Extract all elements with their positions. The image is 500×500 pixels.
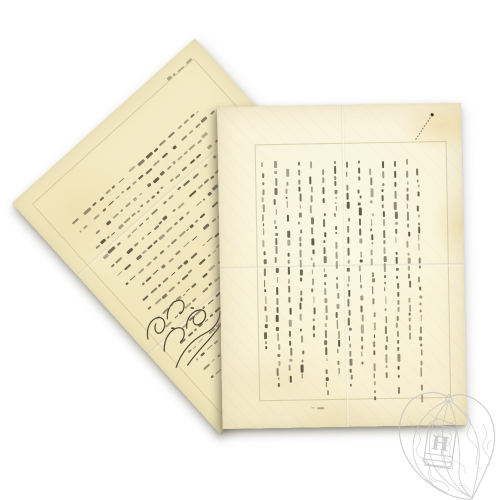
fold-crease: [220, 263, 464, 270]
typed-word: [325, 330, 327, 338]
typed-word: [132, 197, 137, 202]
typed-word: [262, 182, 264, 186]
typed-line: [358, 159, 365, 364]
typed-word: [118, 177, 125, 183]
typed-word: [201, 116, 208, 122]
typed-word: [95, 229, 100, 234]
typed-word: [317, 407, 324, 409]
typed-word: [338, 330, 340, 338]
typed-word: [177, 202, 184, 209]
typed-word: [278, 354, 280, 358]
typed-word: [177, 66, 184, 73]
typed-word: [263, 240, 265, 247]
typed-word: [337, 349, 339, 353]
typed-word: [190, 113, 195, 118]
annotation-script: [415, 116, 431, 139]
typed-word: [182, 166, 188, 171]
typed-word: [210, 375, 214, 379]
typed-word: [190, 159, 196, 164]
typed-word: [374, 390, 377, 394]
typed-word: [172, 160, 176, 164]
typed-word: [278, 361, 280, 366]
typed-word: [111, 185, 116, 189]
typed-word: [334, 161, 336, 164]
typed-word: [288, 259, 290, 264]
typed-word: [191, 235, 197, 241]
typed-word: [120, 209, 124, 213]
typed-word: [185, 211, 190, 215]
typed-word: [126, 186, 131, 191]
typed-word: [265, 324, 267, 328]
typed-word: [277, 277, 279, 283]
typed-word: [265, 346, 268, 349]
typed-word: [276, 268, 278, 273]
typed-word: [421, 349, 423, 356]
typed-word: [408, 266, 410, 271]
typed-word: [386, 345, 388, 350]
typed-word: [371, 258, 373, 265]
typed-word: [111, 231, 116, 236]
typed-word: [189, 190, 196, 197]
typed-word: [361, 314, 364, 321]
typed-word: [325, 305, 328, 313]
typed-word: [142, 295, 148, 301]
typed-word: [360, 274, 362, 282]
typed-word: [263, 223, 265, 226]
typed-word: [299, 194, 301, 202]
typed-word: [338, 340, 340, 346]
typed-word: [102, 208, 106, 212]
typed-word: [286, 189, 288, 193]
typed-word: [113, 213, 119, 219]
typed-word: [311, 288, 313, 292]
typed-word: [207, 254, 211, 258]
typed-word: [397, 347, 399, 351]
typed-word: [396, 323, 398, 328]
typed-word: [190, 224, 194, 228]
typed-word: [336, 320, 338, 328]
typed-word: [153, 269, 159, 275]
typed-word: [177, 187, 181, 191]
typed-word: [207, 144, 212, 149]
typed-word: [264, 280, 266, 286]
typed-word: [398, 387, 400, 394]
typed-word: [276, 233, 278, 237]
typed-word: [374, 341, 376, 347]
typed-word: [300, 229, 302, 234]
typed-word: [385, 316, 387, 323]
typed-word: [301, 336, 304, 343]
typed-word: [162, 277, 169, 284]
typed-word: [409, 305, 411, 311]
typed-word: [408, 313, 411, 316]
typed-word: [300, 250, 302, 258]
typed-word: [386, 336, 388, 342]
typed-word: [160, 186, 164, 190]
typed-word: [385, 372, 388, 378]
typed-line: [274, 161, 281, 389]
typed-word: [418, 222, 420, 225]
typed-word: [395, 229, 397, 233]
typed-word: [324, 213, 326, 216]
typed-word: [276, 315, 278, 322]
typed-word: [409, 333, 411, 339]
typed-word: [418, 235, 420, 241]
typed-word: [310, 196, 312, 202]
typed-word: [197, 139, 202, 144]
typed-word: [274, 199, 276, 205]
typed-word: [141, 236, 145, 240]
typed-word: [183, 260, 189, 265]
typed-word: [151, 195, 155, 199]
typed-word: [337, 361, 339, 365]
typed-word: [290, 348, 292, 356]
typed-word: [359, 265, 361, 271]
typed-word: [211, 201, 218, 208]
typed-word: [325, 298, 327, 302]
typed-word: [348, 276, 350, 282]
typed-word: [346, 184, 348, 190]
typed-word: [313, 297, 315, 303]
typed-word: [276, 326, 279, 331]
typed-word: [383, 219, 385, 226]
typed-word: [300, 328, 302, 331]
typed-word: [275, 209, 277, 215]
typed-word: [326, 377, 328, 381]
typed-word: [147, 183, 151, 187]
typed-word: [302, 350, 304, 355]
typed-word: [121, 190, 124, 193]
typed-word: [166, 226, 173, 233]
typed-word: [105, 189, 111, 194]
typed-line: [95, 132, 208, 235]
typed-word: [288, 253, 290, 257]
typed-word: [137, 159, 145, 166]
typed-word: [287, 215, 289, 221]
typed-word: [395, 237, 397, 244]
typed-word: [210, 175, 214, 179]
typed-word: [136, 255, 142, 261]
typed-word: [408, 257, 411, 263]
typed-word: [262, 215, 264, 222]
typed-word: [420, 309, 422, 312]
typed-word: [138, 268, 144, 274]
typed-word: [335, 242, 337, 249]
typed-word: [371, 249, 373, 256]
typed-word: [384, 263, 387, 271]
typed-word: [275, 226, 277, 229]
typed-word: [196, 110, 199, 113]
typed-word: [289, 365, 291, 371]
typed-word: [397, 283, 399, 289]
typed-word: [398, 366, 400, 371]
typed-word: [213, 155, 217, 159]
typed-word: [210, 110, 215, 115]
typed-word: [116, 242, 121, 246]
typed-word: [289, 341, 291, 346]
typed-word: [207, 192, 211, 196]
typed-word: [264, 306, 266, 311]
typed-word: [287, 169, 289, 177]
typed-word: [311, 227, 313, 234]
typed-word: [146, 276, 152, 282]
typed-word: [117, 224, 123, 230]
typed-word: [147, 231, 152, 236]
typed-word: [264, 268, 266, 276]
typed-word: [175, 250, 181, 256]
typed-word: [398, 340, 400, 343]
typed-word: [132, 180, 137, 185]
typed-word: [298, 161, 300, 166]
typed-word: [419, 258, 421, 264]
typed-word: [142, 282, 146, 286]
typed-word: [290, 359, 292, 362]
typed-word: [265, 315, 267, 323]
typed-word: [348, 310, 350, 316]
typed-word: [407, 241, 409, 248]
typed-word: [142, 249, 147, 254]
typed-word: [322, 170, 324, 176]
typed-word: [145, 152, 153, 159]
typed-word: [396, 252, 398, 255]
typed-word: [198, 258, 206, 265]
typed-word: [173, 208, 176, 211]
typed-word: [408, 232, 410, 236]
typed-word: [126, 248, 133, 254]
typed-word: [300, 303, 302, 310]
typed-word: [382, 171, 384, 178]
typed-word: [372, 278, 374, 282]
typed-word: [203, 224, 209, 230]
typed-word: [323, 198, 325, 203]
typed-word: [204, 164, 208, 168]
typed-word: [323, 248, 325, 254]
typed-word: [382, 189, 384, 192]
typed-word: [278, 344, 280, 350]
typed-word: [395, 182, 397, 186]
typed-word: [384, 282, 386, 285]
typed-word: [288, 267, 290, 275]
typed-word: [261, 162, 263, 167]
typed-word: [196, 200, 202, 206]
typed-word: [406, 204, 408, 209]
typed-word: [84, 208, 91, 215]
typed-word: [335, 190, 337, 193]
typed-word: [408, 318, 410, 322]
typed-word: [212, 249, 216, 253]
typed-word: [158, 234, 165, 241]
typed-word: [288, 297, 290, 303]
typed-word: [417, 206, 419, 212]
typed-word: [385, 326, 387, 333]
typed-word: [159, 171, 164, 176]
typed-word: [358, 168, 361, 174]
front-letter-sheet: [217, 103, 467, 429]
typed-word: [186, 228, 189, 231]
typed-word: [300, 291, 302, 296]
typed-word: [371, 213, 374, 216]
crate-box: [423, 424, 456, 468]
typed-word: [107, 236, 111, 239]
typed-word: [359, 218, 361, 225]
typed-word: [385, 354, 387, 362]
typed-word: [371, 272, 373, 277]
typed-word: [300, 314, 302, 321]
typed-word: [371, 242, 374, 245]
typed-word: [394, 161, 396, 167]
typed-word: [310, 161, 313, 168]
typed-word: [313, 326, 315, 331]
typed-word: [396, 276, 398, 279]
typed-word: [373, 298, 375, 305]
typed-word: [346, 192, 348, 199]
typed-word: [207, 237, 213, 242]
typed-word: [384, 287, 386, 291]
typed-word: [408, 274, 411, 278]
typed-word: [360, 260, 362, 263]
typed-word: [153, 239, 158, 244]
typed-word: [348, 218, 350, 222]
typed-word: [111, 263, 116, 267]
typed-word: [350, 375, 352, 380]
typed-word: [421, 384, 423, 390]
typed-word: [208, 282, 212, 286]
typed-word: [324, 288, 326, 294]
typed-word: [148, 306, 152, 310]
typed-word: [337, 293, 339, 299]
typed-word: [115, 257, 122, 264]
typed-word: [277, 333, 280, 341]
typed-word: [408, 298, 410, 303]
typed-word: [347, 225, 349, 232]
typed-word: [289, 330, 292, 337]
typed-word: [197, 184, 203, 190]
crate-slats: [423, 453, 452, 469]
typed-line: [286, 169, 293, 387]
typed-word: [324, 256, 326, 263]
typed-word: [348, 299, 350, 307]
typed-word: [418, 244, 420, 251]
typed-word: [190, 252, 197, 259]
typed-word: [322, 178, 325, 183]
typed-word: [138, 175, 144, 180]
typed-word: [334, 166, 336, 174]
typed-word: [372, 286, 374, 294]
typed-word: [278, 383, 280, 387]
typed-word: [289, 307, 291, 315]
typed-word: [106, 220, 111, 225]
typed-word: [325, 369, 327, 374]
pencil-annotation: [413, 111, 438, 143]
typed-word: [336, 232, 338, 235]
typed-word: [178, 231, 185, 238]
typed-word: [373, 350, 375, 355]
typed-word: [146, 199, 150, 203]
typed-word: [371, 220, 373, 226]
typed-word: [325, 383, 327, 387]
typed-word: [371, 234, 373, 240]
typed-word: [79, 230, 82, 233]
typed-word: [188, 129, 194, 134]
typed-word: [177, 155, 183, 160]
typed-word: [384, 275, 386, 279]
typed-word: [274, 220, 276, 224]
typed-word: [336, 261, 338, 269]
typed-word: [184, 119, 190, 124]
typed-word: [311, 187, 313, 193]
typed-word: [397, 300, 399, 306]
typed-word: [361, 345, 363, 349]
typed-word: [324, 282, 326, 286]
typed-word: [394, 171, 396, 178]
typed-word: [95, 245, 100, 250]
typed-word: [312, 238, 315, 245]
typed-line: [406, 159, 412, 340]
typed-word: [324, 274, 326, 277]
typed-word: [170, 271, 176, 276]
typed-word: [374, 396, 376, 400]
typed-word: [288, 279, 290, 283]
typed-word: [312, 318, 314, 321]
typed-word: [420, 343, 422, 346]
typed-word: [311, 269, 313, 275]
typed-word: [301, 374, 303, 378]
typed-word: [374, 381, 376, 385]
typed-word: [124, 217, 131, 223]
typed-line: [71, 110, 199, 226]
typed-word: [398, 354, 400, 362]
typed-word: [264, 332, 267, 340]
typed-word: [150, 287, 157, 294]
typed-word: [299, 236, 301, 241]
typed-word: [159, 221, 163, 225]
typed-word: [203, 178, 209, 184]
typed-word: [382, 195, 384, 201]
typed-word: [385, 296, 387, 304]
typed-word: [420, 368, 422, 376]
typed-word: [349, 351, 351, 357]
typed-word: [369, 169, 371, 175]
typed-word: [407, 181, 409, 184]
typed-word: [420, 360, 422, 366]
typed-word: [326, 358, 328, 361]
typed-word: [276, 298, 279, 305]
typed-word: [183, 241, 190, 248]
typed-word: [125, 282, 129, 286]
annotation-dot: [431, 113, 434, 116]
typed-word: [298, 179, 300, 184]
typed-word: [323, 268, 325, 272]
signature-stroke: [158, 306, 209, 354]
typed-word: [418, 276, 420, 282]
typed-word: [131, 213, 136, 217]
typed-word: [395, 211, 397, 218]
typed-word: [276, 246, 278, 254]
typed-word: [263, 251, 265, 255]
typed-word: [371, 228, 373, 232]
typed-word: [407, 188, 409, 192]
typed-word: [275, 257, 277, 263]
typed-word: [159, 139, 166, 146]
typed-word: [313, 334, 316, 338]
typed-word: [177, 125, 182, 130]
typed-word: [286, 181, 288, 185]
typed-word: [347, 202, 349, 209]
typed-word: [311, 257, 313, 260]
typed-line: [298, 161, 305, 386]
typed-word: [195, 219, 199, 223]
typed-word: [103, 254, 109, 260]
